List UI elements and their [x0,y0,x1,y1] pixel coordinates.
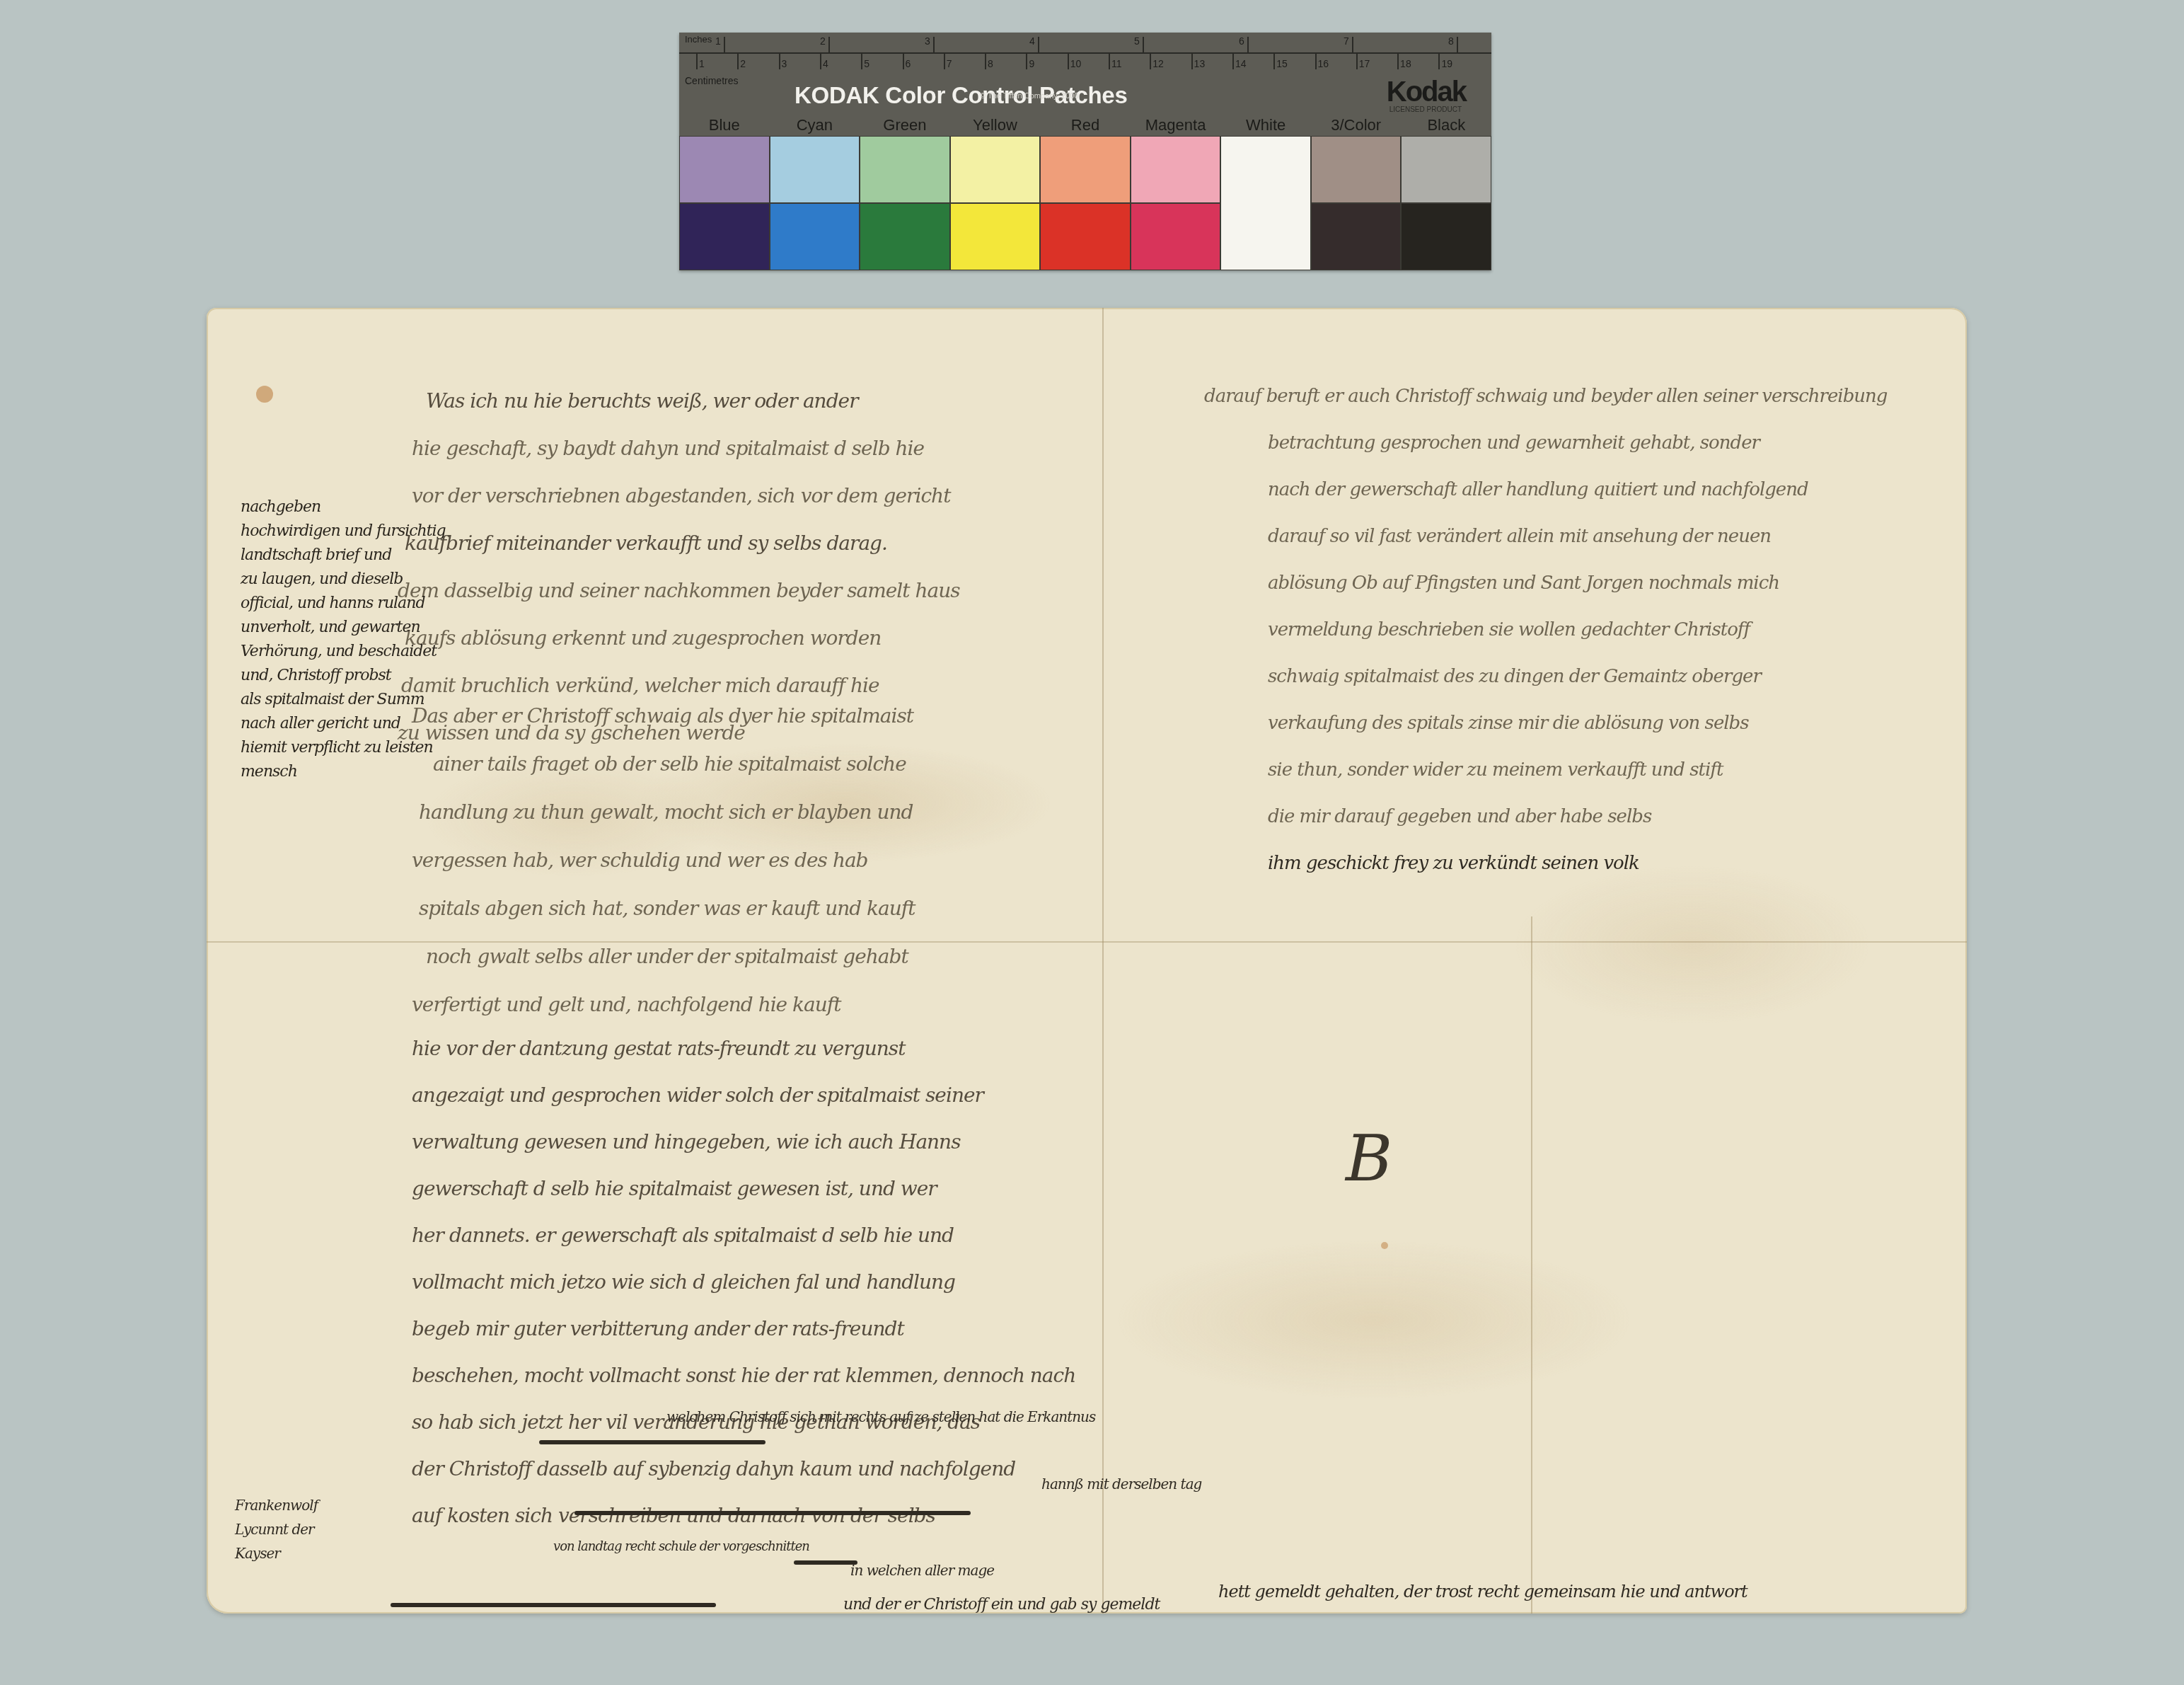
handwritten-line: angezaigt und gesprochen wider solch der… [412,1083,983,1107]
handwritten-line: vor der verschriebnen abgestanden, sich … [412,484,950,507]
margin-note-line: official, und hanns ruland [241,592,432,616]
patch-yellow-light [950,136,1041,203]
cm-tick-label: 15 [1276,58,1288,69]
handwritten-line: betrachtung gesprochen und gewarnheit ge… [1268,432,1760,454]
handwritten-line: nach der gewerschaft aller handlung quit… [1268,479,1808,500]
inch-tick-label: 8 [1448,35,1454,47]
patch-red-light [1040,136,1131,203]
left-margin-note: nachgebenhochwirdigen und fursichtigland… [241,495,432,784]
strikethrough-mark [574,1511,971,1515]
handwritten-line: darauf so vil fast verändert allein mit … [1268,526,1771,547]
margin-note-line: zu laugen, und dieselb [241,568,432,592]
margin-note-line: mensch [241,760,432,784]
cm-tick [985,54,986,69]
patch-label-white: White [1220,116,1311,134]
cm-tick [1438,54,1440,69]
strikethrough-mark [794,1560,857,1565]
handwritten-line: ainer tails fraget ob der selb hie spita… [433,752,906,776]
vertical-fold [1102,308,1104,1614]
cm-tick [903,54,904,69]
handwritten-line: die mir darauf gegeben und aber habe sel… [1268,806,1651,827]
kodak-color-card: Inches 12345678 123456789101112131415161… [679,33,1491,270]
bottom-continuation-line: hett gemeldt gehalten, der trost recht g… [1218,1582,1747,1601]
margin-note-line: nachgeben [241,495,432,519]
ruler-baseline [679,52,1491,54]
handwritten-line: darauf beruft er auch Christoff schwaig … [1204,386,1887,407]
stain-spot [256,386,273,403]
signature-mark: B [1346,1122,1392,1196]
cm-tick-label: 8 [988,58,993,69]
handwritten-line: ihm geschickt frey zu verkündt seinen vo… [1268,853,1639,874]
cm-tick [944,54,945,69]
cm-tick-label: 7 [947,58,952,69]
inch-tick [1247,37,1249,52]
patch-cyan-dark [770,203,860,270]
patch-cyan-light [770,136,860,203]
margin-note-line: nach aller gericht und [241,712,432,736]
margin-note-line: hiemit verpflicht zu leisten [241,736,432,760]
cm-tick-label: 10 [1070,58,1082,69]
inches-label: Inches [685,34,712,45]
cm-tick [1150,54,1151,69]
cm-tick-label: 1 [699,58,705,69]
handwritten-line: begeb mir guter verbitterung ander der r… [412,1317,904,1340]
handwritten-line: verkaufung des spitals zinse mir die abl… [1268,713,1749,734]
handwritten-line: hie vor der dantzung gestat rats-freundt… [412,1037,905,1060]
cm-tick [1109,54,1110,69]
patch-blue-light [679,136,770,203]
inch-tick-label: 5 [1134,35,1140,47]
correction-line: von landtag recht schule der vorgeschnit… [553,1539,809,1554]
inch-tick [1038,37,1039,52]
patch-blue-dark [679,203,770,270]
stain-spot [1381,1242,1388,1249]
inch-tick [724,37,725,52]
inch-tick [1457,37,1458,52]
patch-magenta-dark [1131,203,1221,270]
inch-tick-label: 4 [1029,35,1035,47]
handwritten-line: verfertigt und gelt und, nachfolgend hie… [412,993,840,1016]
cm-tick [1232,54,1234,69]
manuscript-page: Was ich nu hie beruchts weiß, wer oder a… [207,308,1967,1614]
ruler: Inches 12345678 123456789101112131415161… [679,33,1491,72]
margin-note-line: Frankenwolf [235,1497,318,1514]
patch-black-dark [1401,203,1491,270]
handwritten-line: sie thun, sonder wider zu meinem verkauf… [1268,759,1723,781]
handwritten-line: schwaig spitalmaist des zu dingen der Ge… [1268,666,1761,687]
cm-tick-label: 9 [1029,58,1034,69]
handwritten-line: handlung zu thun gewalt, mocht sich er b… [419,800,913,824]
handwritten-line: kaufs ablösung erkennt und zugesprochen … [405,626,881,650]
cm-tick [696,54,698,69]
inch-tick-label: 3 [925,35,930,47]
horizontal-fold [207,941,1967,943]
cm-tick [1273,54,1275,69]
patch-black-light [1401,136,1491,203]
card-copyright: © The Tiffen Company, 2000 [980,92,1079,100]
strikethrough-mark [539,1440,765,1444]
centimetres-label: Centimetres [685,75,738,86]
cm-tick-label: 3 [782,58,787,69]
handwritten-line: verwaltung gewesen und hingegeben, wie i… [412,1130,961,1154]
margin-note-line: Lycunnt der [235,1521,314,1538]
handwritten-line: dem dasselbig und seiner nachkommen beyd… [398,579,960,602]
patch-label-black: Black [1402,116,1492,134]
handwritten-line: damit bruchlich verkünd, welcher mich da… [401,674,879,697]
cm-tick-label: 13 [1194,58,1206,69]
patch-3-color-light [1311,136,1402,203]
margin-note-line: Kayser [235,1545,280,1562]
patch-label-green: Green [860,116,950,134]
color-patches [679,136,1491,270]
correction-line: welchem Christoff sich mit rechts auf ze… [666,1408,1095,1425]
patch-yellow-dark [950,203,1041,270]
patch-green-dark [860,203,950,270]
cm-tick-label: 19 [1441,58,1452,69]
cm-tick-label: 2 [740,58,746,69]
handwritten-line: gewerschaft d selb hie spitalmaist gewes… [412,1177,937,1200]
cm-tick-label: 5 [864,58,869,69]
cm-tick [1191,54,1193,69]
margin-note-line: als spitalmaist der Summ [241,688,432,712]
patch-label-yellow: Yellow [950,116,1041,134]
handwritten-line: noch gwalt selbs aller under der spitalm… [426,945,908,968]
cm-tick-label: 14 [1235,58,1247,69]
cm-tick-label: 18 [1400,58,1411,69]
margin-note-line: unverholt, und gewarten [241,616,432,640]
patch-white-light [1220,136,1311,270]
cm-tick [1026,54,1027,69]
cm-tick-label: 12 [1152,58,1164,69]
cm-tick [779,54,780,69]
cm-tick [1068,54,1069,69]
patch-3-color-dark [1311,203,1402,270]
cm-tick [737,54,739,69]
patch-labels: BlueCyanGreenYellowRedMagentaWhite3/Colo… [679,116,1491,134]
handwritten-line: auf kosten sich verschreiben und darnach… [412,1504,935,1527]
correction-line: in welchen aller mage [850,1562,994,1579]
vertical-fold-lower [1531,916,1532,1614]
cm-tick [861,54,862,69]
cm-tick-label: 16 [1318,58,1329,69]
margin-note-line: hochwirdigen und fursichtig [241,519,432,544]
kodak-logo: Kodak [1387,76,1466,108]
cm-tick-label: 4 [823,58,828,69]
cm-tick-label: 6 [906,58,911,69]
inch-tick [828,37,830,52]
kodak-licensed-product: LICENSED PRODUCT [1389,106,1462,114]
cm-tick-label: 17 [1359,58,1370,69]
margin-note-line: landtschaft brief und [241,544,432,568]
handwritten-line: beschehen, mocht vollmacht sonst hie der… [412,1364,1075,1387]
correction-line: und der er Christoff ein und gab sy geme… [843,1596,1160,1614]
cm-tick-label: 11 [1111,58,1122,69]
inch-tick-label: 2 [820,35,826,47]
margin-note-line: Verhörung, und beschaidet [241,640,432,664]
strikethrough-mark [391,1603,716,1607]
patch-green-light [860,136,950,203]
handwritten-line: kaufbrief miteinander verkaufft und sy s… [405,531,887,555]
cm-tick [1315,54,1317,69]
patch-red-dark [1040,203,1131,270]
inch-tick [1352,37,1353,52]
handwritten-line: spitals abgen sich hat, sonder was er ka… [419,897,915,920]
handwritten-line: Was ich nu hie beruchts weiß, wer oder a… [426,389,858,413]
handwritten-line: vermeldung beschrieben sie wollen gedach… [1268,619,1750,640]
inch-tick [933,37,935,52]
inch-tick [1143,37,1144,52]
patch-label-cyan: Cyan [770,116,860,134]
handwritten-line: vollmacht mich jetzo wie sich d gleichen… [412,1270,955,1294]
inch-tick-label: 6 [1239,35,1244,47]
inch-tick-label: 7 [1344,35,1349,47]
cm-tick [1397,54,1399,69]
patch-label-magenta: Magenta [1131,116,1221,134]
handwritten-line: der Christoff dasselb auf sybenzig dahyn… [412,1457,1015,1480]
handwritten-line: ablösung Ob auf Pfingsten und Sant Jorge… [1268,573,1779,594]
correction-line: hannß mit derselben tag [1041,1476,1201,1493]
patch-label-red: Red [1040,116,1131,134]
handwritten-line: vergessen hab, wer schuldig und wer es d… [412,849,868,872]
patch-label-blue: Blue [679,116,770,134]
handwritten-line: Das aber er Christoff schwaig als dyer h… [412,704,913,728]
cm-tick [820,54,821,69]
margin-note-line: und, Christoff probst [241,664,432,688]
handwritten-line: hie geschaft, sy baydt dahyn und spitalm… [412,437,924,460]
inch-tick-label: 1 [715,35,721,47]
patch-magenta-light [1131,136,1221,203]
handwritten-line: her dannets. er gewerschaft als spitalma… [412,1224,954,1247]
patch-label-3-color: 3/Color [1311,116,1402,134]
cm-tick [1356,54,1358,69]
